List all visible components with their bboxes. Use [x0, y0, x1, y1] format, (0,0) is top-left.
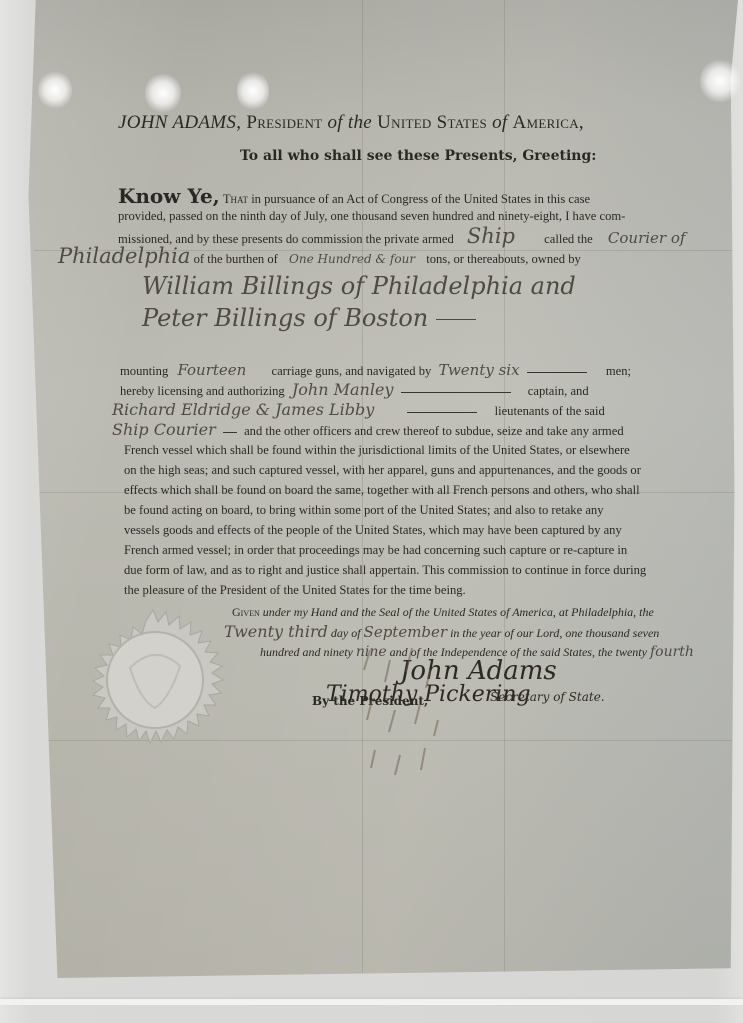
body-text: lieutenants of the said: [495, 404, 605, 418]
glass-reflection: [700, 58, 740, 104]
handwritten-day: Twenty third: [224, 622, 328, 641]
handwritten-vessel-name: Courier of: [608, 229, 686, 247]
dating-text: hundred and ninety: [260, 645, 353, 659]
title-of: of: [492, 112, 507, 133]
dating-text: in the year of our Lord, one thousand se…: [450, 626, 659, 640]
title-of-the: of the: [328, 112, 373, 133]
glass-reflection: [237, 70, 269, 112]
title-america: America,: [513, 112, 584, 133]
handwritten-port: Philadelphia: [58, 244, 190, 268]
that-lead: That: [223, 192, 248, 206]
body-line-14: French armed vessel; in order that proce…: [124, 540, 627, 560]
body-line-2: provided, passed on the ninth day of Jul…: [118, 206, 625, 226]
body-text: tons, or thereabouts, owned by: [426, 252, 581, 266]
handwritten-owner-2: Peter Billings of Boston: [142, 304, 476, 332]
body-line-8: Ship Courier and the other officers and …: [112, 420, 624, 441]
body-line-10: on the high seas; and such captured vess…: [124, 460, 641, 480]
glass-reflection: [38, 70, 72, 110]
greeting: To all who shall see these Presents, Gre…: [240, 148, 596, 164]
body-text: carriage guns, and navigated by: [272, 364, 432, 378]
body-line-11: effects which shall be found on board th…: [124, 480, 640, 500]
rule-line: [527, 372, 587, 373]
body-line-9: French vessel which shall be found withi…: [124, 440, 630, 460]
body-text: mounting: [120, 364, 168, 378]
title-president: President: [246, 112, 322, 133]
title-united-states: United States: [377, 112, 487, 133]
issuer-name: JOHN ADAMS: [118, 112, 236, 133]
body-text: captain, and: [528, 384, 589, 398]
body-line-15: due form of law, and as to right and jus…: [124, 560, 646, 580]
know-ye: Know Ye,: [118, 184, 220, 208]
handwritten-captain: John Manley: [292, 380, 394, 399]
secretary-title: Secretary of State.: [490, 690, 605, 704]
dating-text: under my Hand and the Seal of the United…: [263, 605, 654, 619]
body-text: of the burthen of: [194, 252, 278, 266]
rule-line: [407, 412, 477, 413]
handwritten-lieutenants: Richard Eldridge & James Libby: [112, 400, 374, 419]
handwritten-ship-name: Ship Courier: [112, 420, 216, 439]
body-line-16: the pleasure of the President of the Uni…: [124, 580, 466, 600]
frame-edge: [0, 999, 743, 1005]
ink-bleed-marks: [350, 640, 470, 790]
body-line-4: Philadelphia of the burthen of One Hundr…: [58, 246, 581, 269]
body-text: in pursuance of an Act of Congress of th…: [251, 192, 590, 206]
body-line-5: mounting Fourteen carriage guns, and nav…: [120, 360, 631, 381]
handwritten-vessel-type: Ship: [467, 224, 515, 248]
handwritten-independence-year: fourth: [650, 644, 694, 660]
owner-2-name: Peter Billings of Boston: [142, 304, 428, 332]
glass-reflection: [145, 72, 181, 114]
rule-line: [436, 319, 476, 320]
rule-line: [223, 432, 237, 433]
handwritten-guns: Fourteen: [177, 361, 246, 379]
body-text: and the other officers and crew thereof …: [244, 424, 624, 438]
body-line-7: Richard Eldridge & James Libby lieutenan…: [112, 400, 605, 421]
handwritten-crew-count: Twenty six: [438, 361, 519, 379]
embossed-seal-icon: [70, 608, 236, 756]
rule-line: [401, 392, 511, 393]
dating-text: day of: [331, 626, 361, 640]
body-line-13: vessels goods and effects of the people …: [124, 520, 622, 540]
body-line-12: be found acting on board, to bring withi…: [124, 500, 604, 520]
body-line-6: hereby licensing and authorizing John Ma…: [120, 380, 589, 401]
body-text: called the: [544, 232, 593, 246]
handwritten-tonnage: One Hundred & four: [289, 252, 415, 266]
document-title: JOHN ADAMS, President of the United Stat…: [118, 112, 584, 134]
handwritten-month: September: [364, 623, 448, 641]
dating-line-1: Given under my Hand and the Seal of the …: [232, 602, 654, 622]
body-text: men;: [606, 364, 631, 378]
given-lead: Given: [232, 605, 260, 619]
body-text: hereby licensing and authorizing: [120, 384, 285, 398]
handwritten-owner-1: William Billings of Philadelphia and: [142, 272, 576, 300]
